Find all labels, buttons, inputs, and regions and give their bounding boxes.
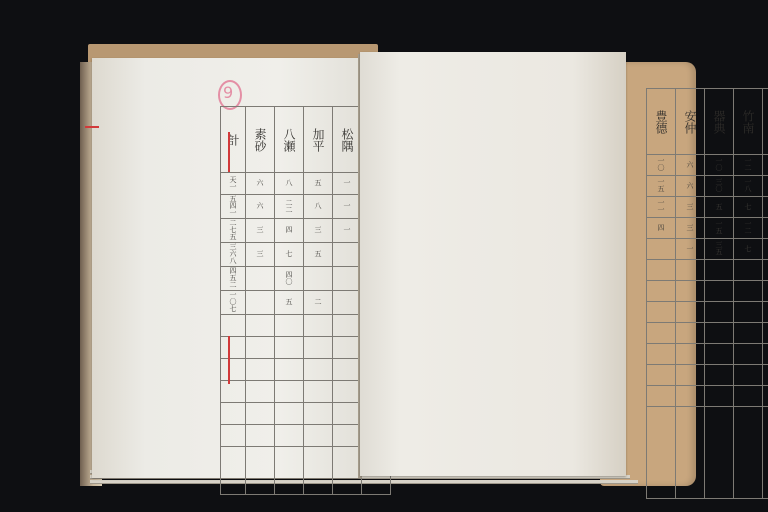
- col-header: 素砂: [246, 107, 275, 173]
- table-cell: 三六八: [221, 243, 246, 267]
- cell-value: 三六八: [229, 243, 237, 264]
- table-cell: [246, 267, 275, 291]
- cell-value: 一〇七: [229, 291, 237, 312]
- table-cell: [676, 323, 705, 344]
- red-pencil-mark: [228, 132, 230, 172]
- table-cell: 一〇: [647, 155, 676, 176]
- table-cell: [647, 365, 676, 386]
- table-cell: [647, 344, 676, 365]
- table-cell: [246, 315, 275, 337]
- cell-value: 三: [314, 226, 322, 233]
- table-cell: 三: [676, 197, 705, 218]
- table-cell: 五: [304, 173, 333, 195]
- table-cell: [304, 337, 333, 359]
- cell-value: 五: [715, 203, 723, 210]
- col-header: 器典: [705, 89, 734, 155]
- table-cell: [763, 281, 768, 302]
- table-cell: 三: [676, 218, 705, 239]
- table-cell: 八: [275, 173, 304, 195]
- table-cell: 七: [734, 197, 763, 218]
- cell-value: 一: [686, 245, 694, 252]
- table-cell: [221, 315, 246, 337]
- cell-value: 二二: [285, 199, 293, 213]
- blank-cell: [734, 407, 763, 499]
- cell-value: 天一: [229, 176, 237, 190]
- cell-value: 八: [314, 202, 322, 209]
- cell-value: 一〇: [715, 157, 723, 171]
- cell-value: 三: [686, 203, 694, 210]
- table-cell: [705, 302, 734, 323]
- table-cell: [647, 386, 676, 407]
- table-cell: [647, 281, 676, 302]
- cell-value: 一五: [657, 178, 665, 192]
- table-cell: [734, 260, 763, 281]
- table-cell: [763, 260, 768, 281]
- cell-value: 三: [256, 226, 264, 233]
- table-cell: 三: [763, 218, 768, 239]
- blank-row: [647, 407, 768, 499]
- table-cell: 二二: [275, 195, 304, 219]
- cell-value: 五: [314, 250, 322, 257]
- cell-value: 一: [343, 226, 351, 233]
- table-cell: [763, 365, 768, 386]
- table-cell: 三: [246, 243, 275, 267]
- table-cell: [304, 267, 333, 291]
- table-cell: [275, 315, 304, 337]
- table-cell: [734, 365, 763, 386]
- table-cell: 五: [304, 243, 333, 267]
- table-row: [647, 365, 768, 386]
- table-cell: 二: [304, 291, 333, 315]
- table-cell: 七: [734, 239, 763, 260]
- col-header: 廣灘: [763, 89, 768, 155]
- table-row: [647, 260, 768, 281]
- table-row: [647, 302, 768, 323]
- table-cell: 一〇: [763, 155, 768, 176]
- table-cell: 一〇: [705, 155, 734, 176]
- cell-value: 三〇: [715, 178, 723, 192]
- table-cell: [647, 260, 676, 281]
- table-cell: [763, 386, 768, 407]
- table-cell: [676, 365, 705, 386]
- table-cell: [246, 381, 275, 403]
- table-cell: [705, 386, 734, 407]
- cell-value: 三五: [715, 241, 723, 255]
- table-cell: [246, 291, 275, 315]
- table-cell: 二七五: [221, 219, 246, 243]
- cell-value: 一二: [744, 157, 752, 171]
- table-cell: [705, 323, 734, 344]
- table-cell: [647, 302, 676, 323]
- table-cell: 天一: [221, 173, 246, 195]
- table-cell: [647, 323, 676, 344]
- cell-value: 七: [285, 250, 293, 257]
- table-cell: [275, 381, 304, 403]
- cell-value: 七: [744, 203, 752, 210]
- table-cell: 一一: [647, 197, 676, 218]
- table-cell: 六: [676, 155, 705, 176]
- cell-value: 四五二: [229, 267, 237, 288]
- table-cell: 一八: [734, 176, 763, 197]
- cell-value: 六: [686, 182, 694, 189]
- table-cell: 三〇: [705, 176, 734, 197]
- cell-value: 六: [686, 161, 694, 168]
- cell-value: 六: [256, 202, 264, 209]
- table-row: [647, 386, 768, 407]
- table-cell: 三五: [705, 239, 734, 260]
- cell-value: 一八: [744, 178, 752, 192]
- col-header: 安仲: [676, 89, 705, 155]
- blank-cell: [705, 407, 734, 499]
- table-cell: 六: [676, 176, 705, 197]
- table-cell: [763, 323, 768, 344]
- table-cell: 四: [647, 218, 676, 239]
- table-cell: [734, 302, 763, 323]
- cell-value: 一〇: [657, 157, 665, 171]
- table-cell: 八: [304, 195, 333, 219]
- table-cell: [246, 425, 275, 447]
- table-row: 一五六三〇一八一二一七四一一二一〇四〇九一二: [647, 176, 768, 197]
- table-cell: [221, 337, 246, 359]
- col-header: 豊德: [647, 89, 676, 155]
- table-cell: 五: [275, 291, 304, 315]
- table-cell: [221, 359, 246, 381]
- table-cell: [246, 403, 275, 425]
- cell-value: 三: [686, 224, 694, 231]
- cell-value: 一: [343, 179, 351, 186]
- table-cell: 一二: [763, 176, 768, 197]
- table-cell: 四: [275, 219, 304, 243]
- table-cell: [734, 344, 763, 365]
- table-cell: 五: [705, 197, 734, 218]
- table-cell: 三: [304, 219, 333, 243]
- table-cell: 九: [763, 197, 768, 218]
- table-cell: 五四一: [221, 195, 246, 219]
- open-ledger: 9 計 素砂 八瀬 加平 松隅 旺澄 天一六八五一九五四一六二二八一一〇二七五三…: [80, 44, 640, 488]
- col-header: 加平: [304, 107, 333, 173]
- red-pencil-mark: [228, 336, 230, 384]
- right-data-table: 豊德安仲器典竹南廣灘長湍吉祥軍浦孔道松田永北仁倉 一〇六一〇一二一〇一五三五一二…: [646, 88, 768, 499]
- col-header: 八瀬: [275, 107, 304, 173]
- cell-value: 八: [285, 179, 293, 186]
- table-cell: [275, 359, 304, 381]
- table-header-row: 豊德安仲器典竹南廣灘長湍吉祥軍浦孔道松田永北仁倉: [647, 89, 768, 155]
- cell-value: 四: [285, 226, 293, 233]
- table-cell: [221, 381, 246, 403]
- table-cell: 四〇: [275, 267, 304, 291]
- cell-value: 一五: [715, 220, 723, 234]
- table-cell: 六: [246, 195, 275, 219]
- table-cell: 一: [676, 239, 705, 260]
- table-cell: [763, 344, 768, 365]
- table-row: 一三五七四五二八四一七一六六: [647, 239, 768, 260]
- cell-value: 一二: [744, 220, 752, 234]
- cell-value: 六: [256, 179, 264, 186]
- table-cell: [676, 386, 705, 407]
- table-cell: [221, 403, 246, 425]
- table-cell: [676, 260, 705, 281]
- col-header: 計: [221, 107, 246, 173]
- table-cell: [676, 281, 705, 302]
- table-cell: [304, 315, 333, 337]
- table-cell: [647, 239, 676, 260]
- cell-value: 二七五: [229, 219, 237, 240]
- table-row: 一〇六一〇一二一〇一五三五一二九一八九一三: [647, 155, 768, 176]
- red-tab-mark: [85, 126, 99, 128]
- table-cell: [275, 425, 304, 447]
- cell-value: 一一: [657, 199, 665, 213]
- cell-value: 五: [314, 179, 322, 186]
- table-cell: [275, 337, 304, 359]
- table-row: [647, 344, 768, 365]
- table-cell: [246, 337, 275, 359]
- table-cell: [705, 365, 734, 386]
- table-cell: 一五: [647, 176, 676, 197]
- table-cell: 三: [246, 219, 275, 243]
- table-cell: 四: [763, 239, 768, 260]
- cell-value: 五: [285, 298, 293, 305]
- left-page: 9 計 素砂 八瀬 加平 松隅 旺澄 天一六八五一九五四一六二二八一一〇二七五三…: [92, 58, 360, 478]
- blank-cell: [676, 407, 705, 499]
- table-cell: [705, 281, 734, 302]
- cell-value: 三: [256, 250, 264, 257]
- table-cell: 四五二: [221, 267, 246, 291]
- table-cell: [734, 386, 763, 407]
- table-cell: [221, 425, 246, 447]
- blank-cell: [763, 407, 768, 499]
- table-cell: [734, 323, 763, 344]
- cell-value: 一: [343, 202, 351, 209]
- table-cell: 一二: [734, 218, 763, 239]
- table-row: [647, 281, 768, 302]
- table-cell: [763, 302, 768, 323]
- col-header: 竹南: [734, 89, 763, 155]
- table-row: [647, 323, 768, 344]
- table-row: 四三一五一二三一五一八四七一七四六: [647, 218, 768, 239]
- right-page: 豊德安仲器典竹南廣灘長湍吉祥軍浦孔道松田永北仁倉 一〇六一〇一二一〇一五三五一二…: [360, 52, 626, 476]
- cell-value: 二: [314, 298, 322, 305]
- table-cell: 一二: [734, 155, 763, 176]
- table-cell: [304, 381, 333, 403]
- table-cell: [304, 359, 333, 381]
- table-cell: [676, 302, 705, 323]
- blank-cell: [647, 407, 676, 499]
- cell-value: 四〇: [285, 271, 293, 285]
- table-cell: [304, 403, 333, 425]
- table-cell: 六: [246, 173, 275, 195]
- table-cell: 七: [275, 243, 304, 267]
- table-cell: 一〇七: [221, 291, 246, 315]
- table-cell: [304, 425, 333, 447]
- table-cell: [275, 403, 304, 425]
- table-cell: [705, 344, 734, 365]
- table-cell: [676, 344, 705, 365]
- table-cell: [246, 359, 275, 381]
- table-cell: [705, 260, 734, 281]
- cell-value: 四: [657, 224, 665, 231]
- table-cell: 一五: [705, 218, 734, 239]
- table-cell: [734, 281, 763, 302]
- table-row: 一一三五七九二七三八七二三五六: [647, 197, 768, 218]
- cell-value: 五四一: [229, 195, 237, 216]
- cell-value: 七: [744, 245, 752, 252]
